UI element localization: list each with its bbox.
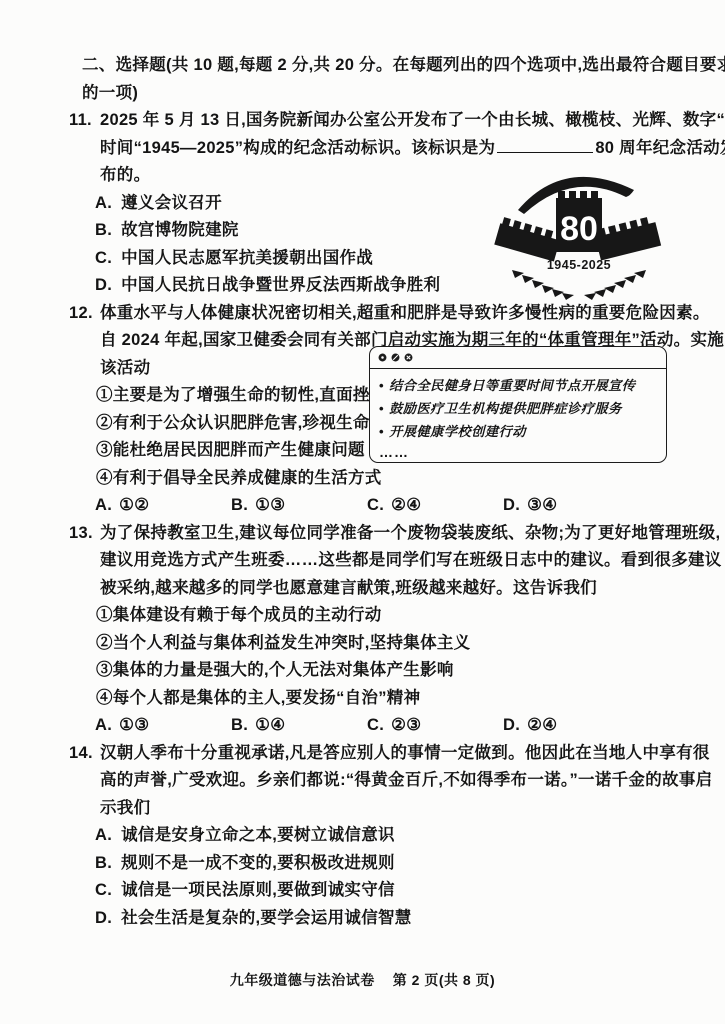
exam-paper-page: 二、选择题(共 10 题,每题 2 分,共 20 分。在每题列出的四个选项中,选… (0, 0, 725, 1024)
option-text: 规则不是一成不变的,要积极改进规则 (121, 854, 395, 872)
box-ellipsis: …… (379, 443, 657, 461)
question-11-text: 2025 年 5 月 13 日,国务院新闻办公室公开发布了一个由长城、橄榄枝、光… (100, 111, 725, 129)
option-label: D. (503, 492, 520, 520)
question-12-option-b: B.①③ (231, 492, 367, 520)
option-text: ①③ (119, 716, 149, 734)
question-13-line3: 被采纳,越来越多的同学也愿意建言献策,班级越来越好。这告诉我们 (100, 575, 685, 603)
option-text: ①③ (255, 496, 285, 514)
question-12-statement-4: ④有利于倡导全民养成健康的生活方式 (96, 465, 685, 493)
option-text: 诚信是安身立命之本,要树立诚信意识 (121, 826, 395, 844)
question-13-option-a: A.①③ (95, 712, 231, 740)
question-13-options-row: A.①③B.①④C.②③D.②④ (95, 712, 685, 740)
question-12-number: 12. (69, 300, 93, 328)
box-bullet-2: •鼓励医疗卫生机构提供肥胖症诊疗服务 (379, 397, 657, 420)
question-13-line2: 建议用竞选方式产生班委……这些都是同学们写在班级日志中的建议。看到很多建议 (100, 547, 685, 575)
section-header-line1: 二、选择题(共 10 题,每题 2 分,共 20 分。在每题列出的四个选项中,选… (82, 52, 685, 80)
option-text: ①④ (255, 716, 285, 734)
bullet-text: 鼓励医疗卫生机构提供肥胖症诊疗服务 (389, 401, 622, 416)
option-label: C. (367, 492, 384, 520)
logo-number-80: 80 (560, 210, 598, 248)
question-14-line1: 14. 汉朝人季布十分重视承诺,凡是答应别人的事情一定做到。他因此在当地人中享有… (100, 740, 685, 768)
option-label: C. (95, 245, 112, 273)
question-11-line1: 11. 2025 年 5 月 13 日,国务院新闻办公室公开发布了一个由长城、橄… (100, 107, 685, 135)
option-text: 遵义会议召开 (121, 194, 222, 212)
option-label: B. (231, 712, 248, 740)
window-body: •结合全民健身日等重要时间节点开展宣传 •鼓励医疗卫生机构提供肥胖症诊疗服务 •… (370, 369, 666, 461)
box-bullet-1: •结合全民健身日等重要时间节点开展宣传 (379, 374, 657, 397)
footer-page-number: 第 2 页(共 8 页) (393, 972, 495, 988)
question-12-options-row: A.①②B.①③C.②④D.③④ (95, 492, 685, 520)
question-11-number: 11. (69, 107, 92, 135)
question-13-line1: 13. 为了保持教室卫生,建议每位同学准备一个废物袋装废纸、杂物;为了更好地管理… (100, 520, 685, 548)
question-14-option-c: C.诚信是一项民法原则,要做到诚实守信 (95, 877, 685, 905)
question-14-number: 14. (69, 740, 93, 768)
question-13-statement-3: ③集体的力量是强大的,个人无法对集体产生影响 (96, 657, 685, 685)
question-13-text: 为了保持教室卫生,建议每位同学准备一个废物袋装废纸、杂物;为了更好地管理班级, (100, 524, 720, 542)
info-window-box: •结合全民健身日等重要时间节点开展宣传 •鼓励医疗卫生机构提供肥胖症诊疗服务 •… (369, 346, 667, 463)
question-11-text: 80 周年纪念活动发 (595, 139, 725, 157)
question-14-line3: 示我们 (100, 795, 685, 823)
question-12-text: 体重水平与人体健康状况密切相关,超重和肥胖是导致许多慢性病的重要危险因素。 (100, 304, 710, 322)
option-label: A. (95, 822, 112, 850)
question-11-text: 时间“1945—2025”构成的纪念活动标识。该标识是为 (100, 139, 495, 157)
option-label: D. (95, 272, 112, 300)
window-slash-icon (391, 353, 400, 362)
question-12-option-d: D.③④ (503, 492, 639, 520)
option-label: A. (95, 190, 112, 218)
option-label: B. (95, 850, 112, 878)
bullet-icon: • (379, 378, 384, 393)
bullet-text: 结合全民健身日等重要时间节点开展宣传 (389, 378, 635, 393)
bullet-text: 开展健康学校创建行动 (389, 424, 526, 439)
question-13-statement-1: ①集体建设有赖于每个成员的主动行动 (96, 602, 685, 630)
question-14-line2: 高的声誉,广受欢迎。乡亲们都说:“得黄金百斤,不如得季布一诺。”一诺千金的故事启 (100, 767, 685, 795)
section-header-line2: 的一项) (82, 80, 685, 108)
option-label: A. (95, 712, 112, 740)
option-label: B. (95, 217, 112, 245)
question-13-statement-4: ④每个人都是集体的主人,要发扬“自治”精神 (96, 685, 685, 713)
question-11-line2: 时间“1945—2025”构成的纪念活动标识。该标识是为80 周年纪念活动发 (100, 135, 685, 163)
window-dot-icon (378, 353, 387, 362)
option-label: B. (231, 492, 248, 520)
bullet-icon: • (379, 424, 384, 439)
option-label: D. (503, 712, 520, 740)
question-13-option-b: B.①④ (231, 712, 367, 740)
option-label: D. (95, 905, 112, 933)
option-text: 社会生活是复杂的,要学会运用诚信智慧 (121, 909, 411, 927)
anniversary-80-logo: 80 1945-2025 (494, 164, 666, 300)
question-14-option-d: D.社会生活是复杂的,要学会运用诚信智慧 (95, 905, 685, 933)
question-14-text: 汉朝人季布十分重视承诺,凡是答应别人的事情一定做到。他因此在当地人中享有很 (100, 744, 710, 762)
question-13-option-c: C.②③ (367, 712, 503, 740)
footer-exam-title: 九年级道德与法治试卷 (230, 972, 375, 988)
option-text: 故宫博物院建院 (121, 221, 239, 239)
page-footer: 九年级道德与法治试卷第 2 页(共 8 页) (0, 970, 725, 990)
option-text: ①② (119, 496, 149, 514)
question-12-option-c: C.②④ (367, 492, 503, 520)
laurel-left (512, 270, 574, 300)
laurel-right (584, 270, 646, 300)
option-label: C. (367, 712, 384, 740)
logo-years: 1945-2025 (547, 258, 611, 272)
window-cross-icon (404, 353, 413, 362)
bullet-icon: • (379, 401, 384, 416)
question-12-line1: 12. 体重水平与人体健康状况密切相关,超重和肥胖是导致许多慢性病的重要危险因素… (100, 300, 685, 328)
question-13-statement-2: ②当个人利益与集体利益发生冲突时,坚持集体主义 (96, 630, 685, 658)
option-text: ②③ (391, 716, 421, 734)
option-text: 中国人民志愿军抗美援朝出国作战 (121, 249, 373, 267)
option-text: ②④ (391, 496, 421, 514)
option-text: ③④ (527, 496, 557, 514)
answer-blank (497, 138, 593, 153)
option-text: ②④ (527, 716, 557, 734)
option-label: A. (95, 492, 112, 520)
question-13-option-d: D.②④ (503, 712, 639, 740)
option-text: 诚信是一项民法原则,要做到诚实守信 (121, 881, 395, 899)
question-12-option-a: A.①② (95, 492, 231, 520)
question-13-number: 13. (69, 520, 93, 548)
question-14-option-b: B.规则不是一成不变的,要积极改进规则 (95, 850, 685, 878)
box-bullet-3: •开展健康学校创建行动 (379, 420, 657, 443)
great-wall-80-icon: 80 1945-2025 (494, 164, 666, 300)
option-text: 中国人民抗日战争暨世界反法西斯战争胜利 (121, 276, 440, 294)
option-label: C. (95, 877, 112, 905)
question-14-option-a: A.诚信是安身立命之本,要树立诚信意识 (95, 822, 685, 850)
window-header (370, 347, 666, 369)
